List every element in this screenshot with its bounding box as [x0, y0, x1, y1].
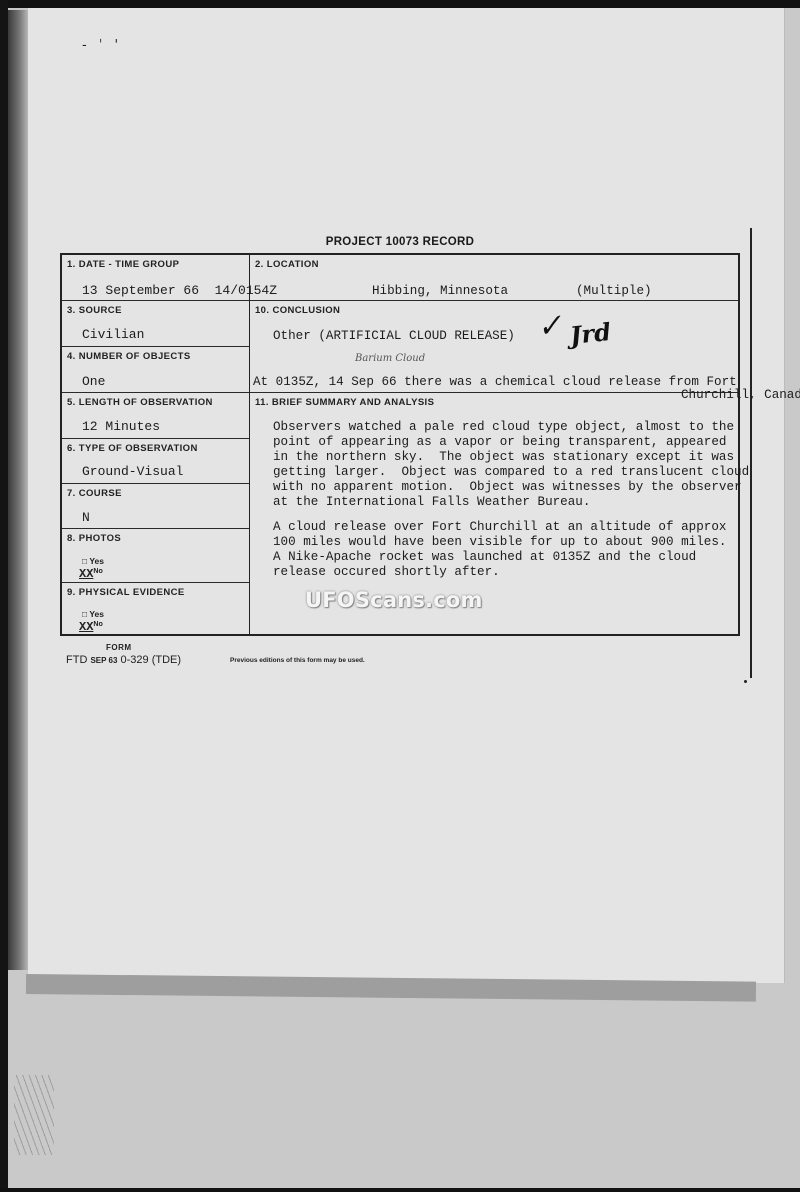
physical-evidence-label: 9. PHYSICAL EVIDENCE	[67, 587, 185, 598]
form-note: Previous editions of this form may be us…	[230, 657, 365, 664]
summary-line: Observers watched a pale red cloud type …	[273, 420, 734, 435]
checkbox-empty-icon: □	[82, 609, 87, 619]
scan-border-left	[0, 0, 8, 1192]
handwritten-note: Barium Cloud	[355, 353, 425, 364]
handwritten-checkmark-icon: ✓	[535, 307, 565, 345]
length-of-observation-label: 5. LENGTH OF OBSERVATION	[67, 397, 213, 408]
form-number: 0-329	[121, 654, 149, 666]
summary-line: with no apparent motion. Object was witn…	[273, 480, 742, 495]
physical-evidence-no-option: XXNo	[79, 620, 103, 634]
scan-border-bottom	[0, 1188, 800, 1192]
source-cell: 3. SOURCE Civilian	[62, 301, 249, 347]
type-of-observation-value: Ground-Visual	[82, 464, 183, 479]
course-cell: 7. COURSE N	[62, 484, 249, 529]
summary-line: point of appearing as a vapor or being t…	[273, 435, 726, 450]
length-of-observation-value: 12 Minutes	[82, 419, 160, 434]
left-column: 1. DATE - TIME GROUP 3. SOURCE Civilian …	[62, 255, 250, 634]
form-org: FTD	[66, 654, 87, 666]
form-identifier: FTD SEP 63 0-329 (TDE)	[66, 654, 181, 666]
summary-line: getting larger. Object was compared to a…	[273, 465, 749, 480]
handwritten-initials: Jrd	[569, 317, 613, 350]
location-cell: 2. LOCATION Hibbing, Minnesota (Multiple…	[250, 255, 738, 301]
summary-line: in the northern sky. The object was stat…	[273, 450, 734, 465]
location-value: Hibbing, Minnesota	[372, 284, 508, 299]
type-of-observation-label: 6. TYPE OF OBSERVATION	[67, 443, 198, 454]
photos-yes-label: Yes	[89, 556, 104, 566]
photos-no-option: XXNo	[79, 567, 103, 581]
course-label: 7. COURSE	[67, 488, 122, 499]
date-time-value: 13 September 66 14/0154Z	[82, 283, 277, 298]
x-mark-icon: XX	[79, 567, 93, 581]
summary-line: A cloud release over Fort Churchill at a…	[273, 520, 726, 535]
right-column: 2. LOCATION Hibbing, Minnesota (Multiple…	[250, 255, 738, 634]
conclusion-cell: 10. CONCLUSION Other (ARTIFICIAL CLOUD R…	[250, 301, 738, 393]
summary-line: A Nike-Apache rocket was launched at 013…	[273, 550, 696, 565]
photos-label: 8. PHOTOS	[67, 533, 121, 544]
physical-evidence-cell: 9. PHYSICAL EVIDENCE □ Yes XXNo	[62, 583, 249, 636]
source-label: 3. SOURCE	[67, 305, 122, 316]
number-of-objects-value: One	[82, 374, 105, 389]
physical-evidence-no-label: No	[93, 620, 102, 628]
form-date: SEP 63	[90, 656, 117, 665]
checkbox-empty-icon: □	[82, 556, 87, 566]
conclusion-detail-line1: At 0135Z, 14 Sep 66 there was a chemical…	[253, 375, 737, 390]
course-value: N	[82, 510, 90, 525]
form-word: FORM	[106, 643, 132, 652]
scan-border-top	[0, 0, 800, 8]
physical-evidence-yes-label: Yes	[89, 609, 104, 619]
number-of-objects-label: 4. NUMBER OF OBJECTS	[67, 351, 191, 362]
conclusion-value: Other (ARTIFICIAL CLOUD RELEASE)	[273, 329, 515, 344]
conclusion-label: 10. CONCLUSION	[255, 305, 340, 316]
photos-cell: 8. PHOTOS □ Yes XXNo	[62, 529, 249, 583]
stray-marks: - ˈ '	[82, 38, 122, 53]
record-form: 1. DATE - TIME GROUP 3. SOURCE Civilian …	[60, 253, 740, 636]
photos-yes-option: □ Yes	[82, 556, 104, 566]
location-label: 2. LOCATION	[255, 259, 319, 270]
type-of-observation-cell: 6. TYPE OF OBSERVATION Ground-Visual	[62, 439, 249, 484]
margin-rule	[750, 228, 752, 678]
scratch-marks	[14, 1075, 54, 1155]
x-mark-icon: XX	[79, 620, 93, 634]
source-value: Civilian	[82, 327, 144, 342]
form-office: (TDE)	[152, 654, 181, 666]
record-title: PROJECT 10073 RECORD	[0, 236, 800, 248]
location-qualifier: (Multiple)	[576, 284, 652, 299]
length-of-observation-cell: 5. LENGTH OF OBSERVATION 12 Minutes	[62, 393, 249, 439]
margin-dot	[744, 680, 747, 683]
watermark: UFOScans.com	[305, 588, 483, 612]
summary-line: 100 miles would have been visible for up…	[273, 535, 726, 550]
number-of-objects-cell: 4. NUMBER OF OBJECTS One	[62, 347, 249, 393]
summary-line: release occured shortly after.	[273, 565, 500, 580]
photos-no-label: No	[93, 567, 102, 575]
physical-evidence-yes-option: □ Yes	[82, 609, 104, 619]
conclusion-detail-line2: Churchill, Canada	[681, 388, 800, 403]
summary-label: 11. BRIEF SUMMARY AND ANALYSIS	[255, 397, 434, 408]
scan-shadow-left	[8, 10, 28, 970]
date-time-label: 1. DATE - TIME GROUP	[67, 259, 179, 270]
summary-line: at the International Falls Weather Burea…	[273, 495, 590, 510]
